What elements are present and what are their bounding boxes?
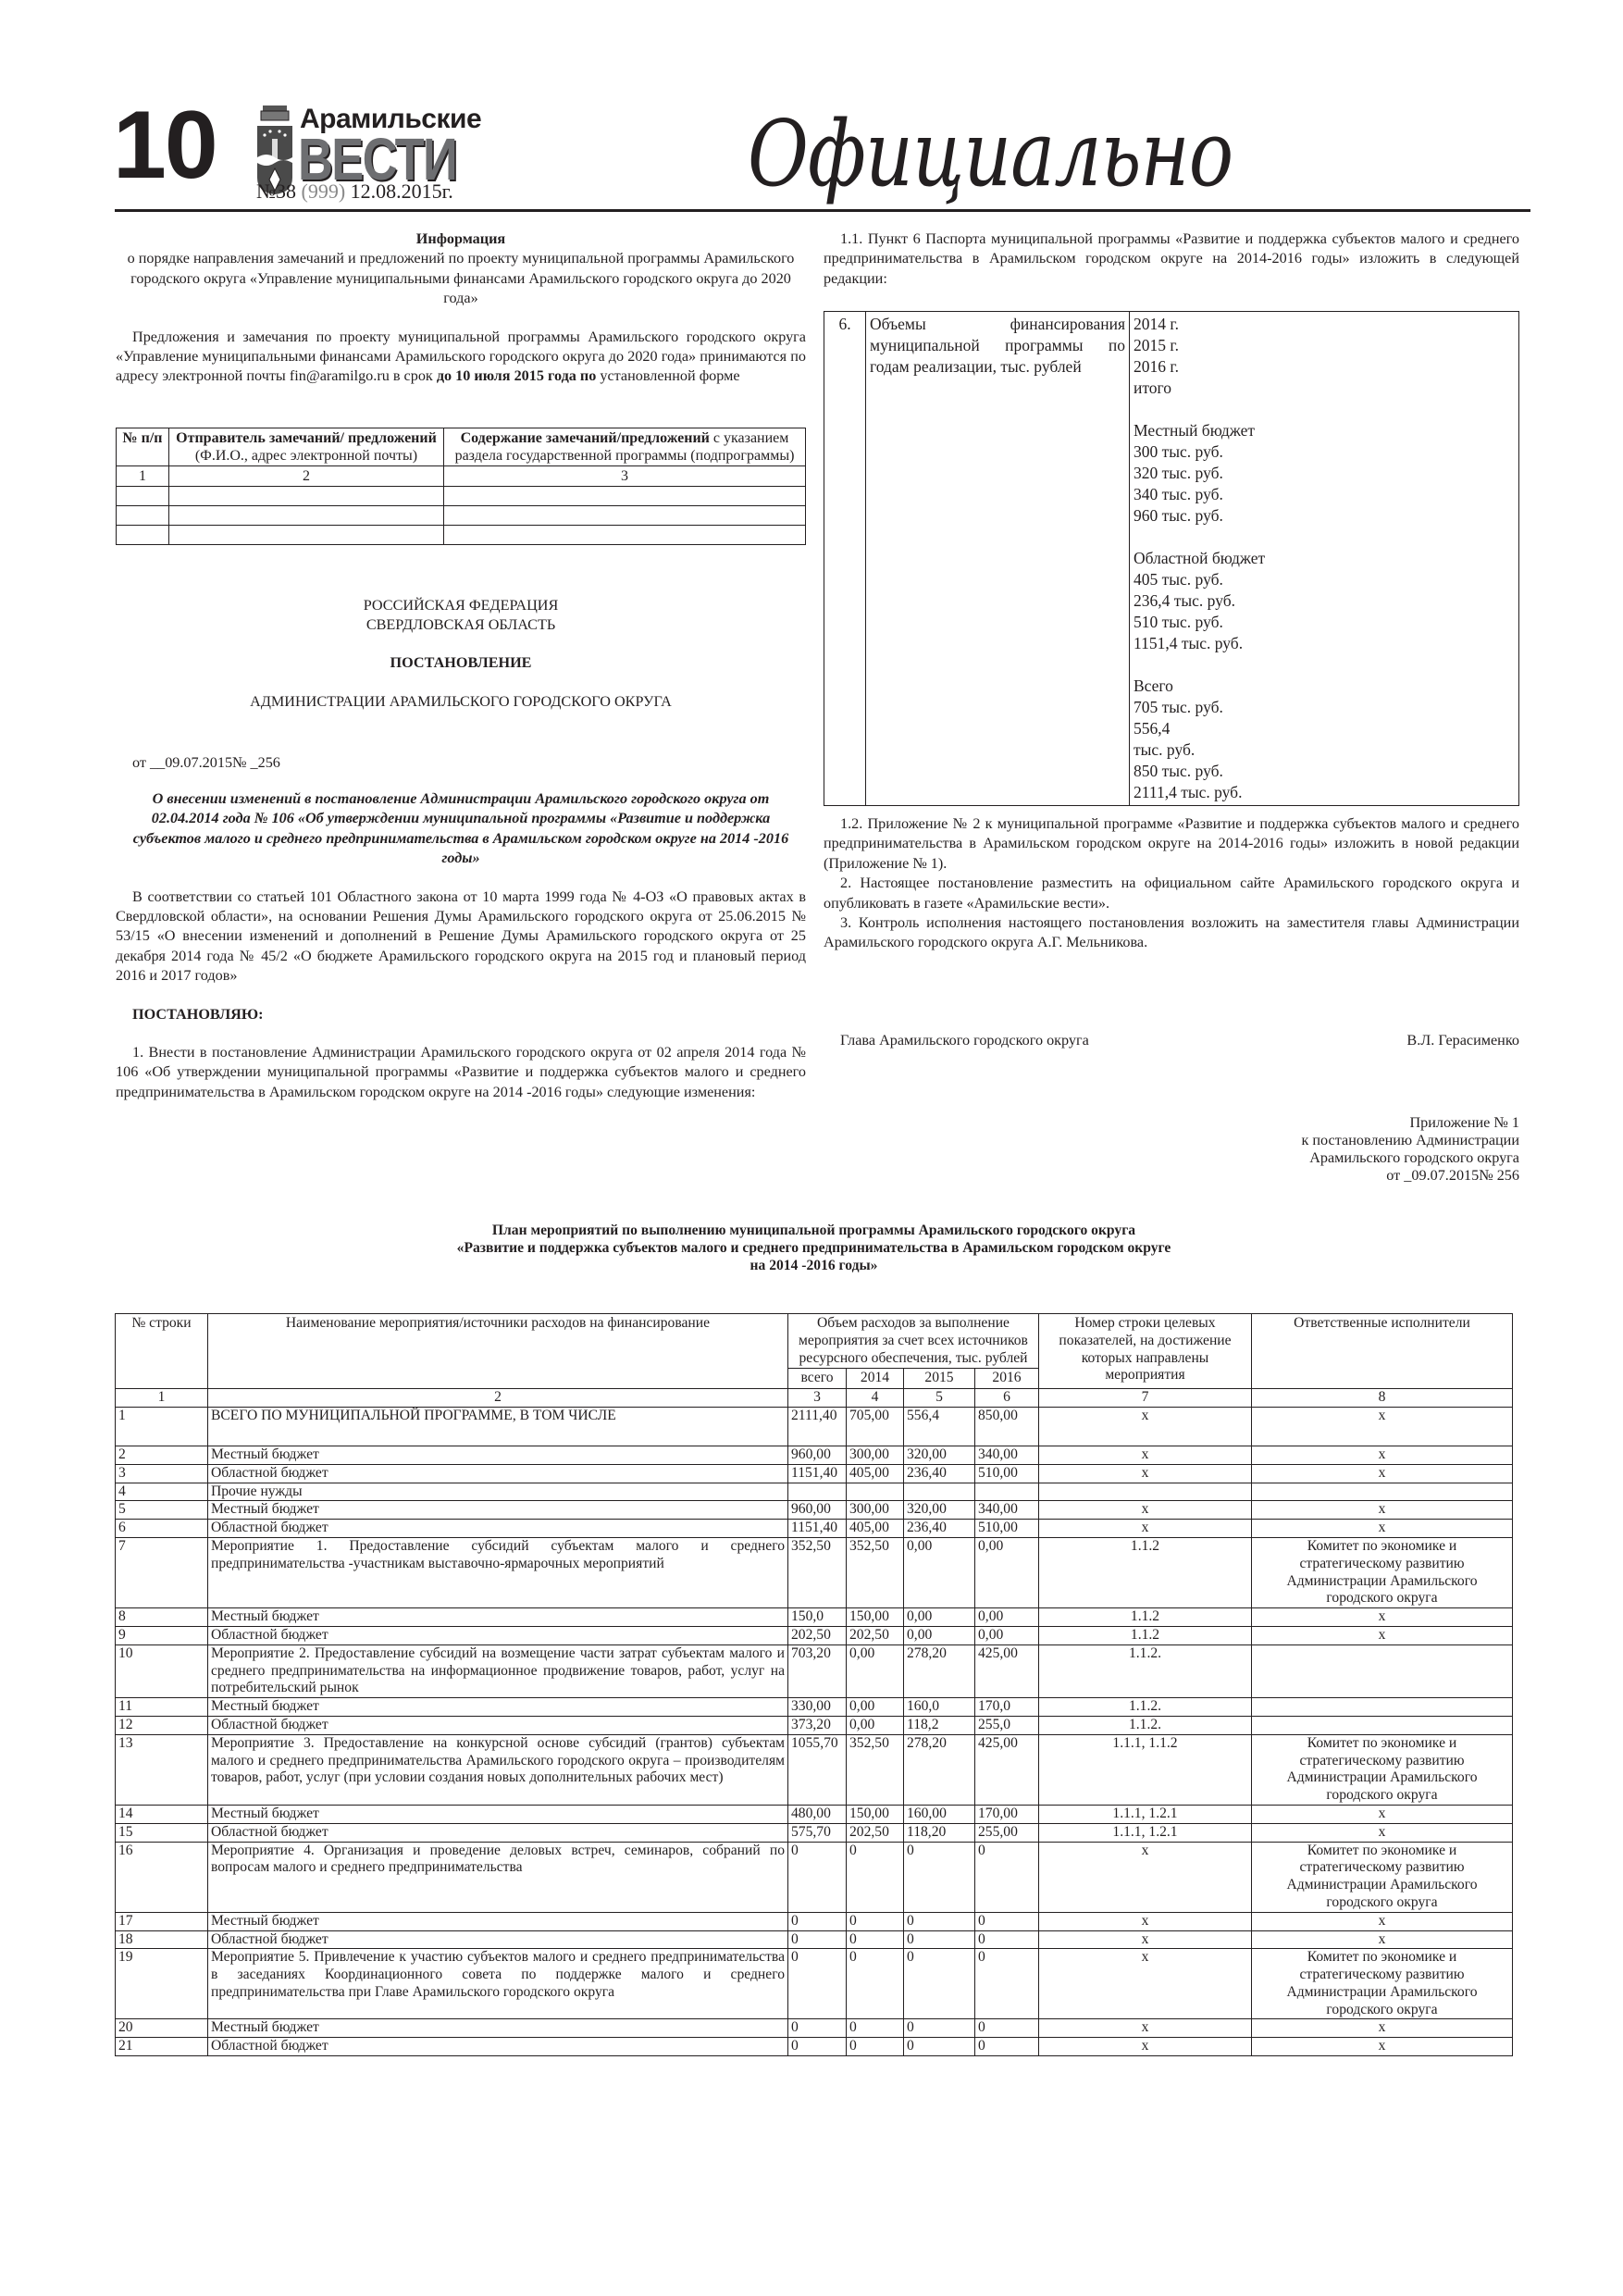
row-2014: 405,00 bbox=[847, 1520, 904, 1538]
table-row: 2Местный бюджет960,00300,00320,00340,00х… bbox=[116, 1446, 1513, 1464]
col-volume: Объем расходов за выполнение мероприятия… bbox=[788, 1314, 1039, 1369]
header-rule bbox=[115, 209, 1530, 212]
row-total: 703,20 bbox=[788, 1644, 847, 1697]
row-number: 21 bbox=[116, 2038, 208, 2056]
table-row: 18Областной бюджет0000хх bbox=[116, 1930, 1513, 1949]
row-number: 9 bbox=[116, 1626, 208, 1644]
row-2014: 150,00 bbox=[847, 1608, 904, 1627]
table-row: 5Местный бюджет960,00300,00320,00340,00х… bbox=[116, 1501, 1513, 1520]
passport-value-line bbox=[1134, 654, 1515, 676]
table-row: 14Местный бюджет480,00150,00160,00170,00… bbox=[116, 1805, 1513, 1823]
row-responsible: Комитет по экономике и стратегическому р… bbox=[1252, 1734, 1513, 1805]
row-2015: 0 bbox=[904, 1930, 975, 1949]
row-2015: 0,00 bbox=[904, 1608, 975, 1627]
row-number: 5 bbox=[116, 1501, 208, 1520]
row-2015 bbox=[904, 1483, 975, 1501]
row-name: Областной бюджет bbox=[208, 1626, 788, 1644]
country: РОССИЙСКАЯ ФЕДЕРАЦИЯ bbox=[116, 596, 806, 615]
row-2015: 0,00 bbox=[904, 1537, 975, 1607]
row-name: Местный бюджет bbox=[208, 1608, 788, 1627]
column-number: 6 bbox=[975, 1389, 1039, 1408]
row-2016: 510,00 bbox=[975, 1464, 1039, 1483]
document-type: ПОСТАНОВЛЕНИЕ bbox=[116, 653, 806, 673]
col-total: всего bbox=[788, 1369, 847, 1389]
row-2015: 320,00 bbox=[904, 1446, 975, 1464]
row-name: Прочие нужды bbox=[208, 1483, 788, 1501]
section-title: Официально bbox=[748, 109, 1233, 200]
region: СВЕРДЛОВСКАЯ ОБЛАСТЬ bbox=[116, 615, 806, 635]
table-row: 1ВСЕГО ПО МУНИЦИПАЛЬНОЙ ПРОГРАММЕ, В ТОМ… bbox=[116, 1407, 1513, 1446]
row-2015: 0 bbox=[904, 2019, 975, 2038]
row-target bbox=[1039, 1483, 1252, 1501]
row-number: 10 bbox=[116, 1644, 208, 1697]
row-name: Местный бюджет bbox=[208, 1698, 788, 1717]
form-numbering-row: 123 bbox=[117, 466, 806, 487]
row-responsible bbox=[1252, 1716, 1513, 1734]
issue-info: №38 (999) 12.08.2015г. bbox=[256, 181, 453, 202]
info-title: Информация bbox=[116, 230, 806, 249]
col-responsible: Ответственные исполнители bbox=[1252, 1314, 1513, 1389]
column-number: 5 bbox=[904, 1389, 975, 1408]
row-2016: 340,00 bbox=[975, 1446, 1039, 1464]
row-2015: 118,2 bbox=[904, 1716, 975, 1734]
table-row: 3Областной бюджет1151,40405,00236,40510,… bbox=[116, 1464, 1513, 1483]
row-target: 1.1.2. bbox=[1039, 1716, 1252, 1734]
passport-value-line: 1151,4 тыс. руб. bbox=[1134, 633, 1515, 654]
passport-value-line: тыс. руб. bbox=[1134, 739, 1515, 761]
passport-value-line: 2015 г. bbox=[1134, 335, 1515, 356]
row-total: 575,70 bbox=[788, 1823, 847, 1842]
decree-item-1: 1. Внести в постановление Администрации … bbox=[116, 1043, 806, 1102]
decree-item-3: 3. Контроль исполнения настоящего постан… bbox=[824, 913, 1519, 953]
plan-title: План мероприятий по выполнению муниципал… bbox=[115, 1222, 1513, 1274]
passport-item-values: 2014 г.2015 г.2016 г.итогоМестный бюджет… bbox=[1130, 312, 1519, 806]
row-responsible: х bbox=[1252, 1464, 1513, 1483]
row-total: 480,00 bbox=[788, 1805, 847, 1823]
row-responsible: х bbox=[1252, 1446, 1513, 1464]
row-target: х bbox=[1039, 1520, 1252, 1538]
row-2014: 150,00 bbox=[847, 1805, 904, 1823]
row-total: 202,50 bbox=[788, 1626, 847, 1644]
row-target: 1.1.1, 1.2.1 bbox=[1039, 1823, 1252, 1842]
table-row: 8Местный бюджет150,0150,000,000,001.1.2х bbox=[116, 1608, 1513, 1627]
row-2015: 160,00 bbox=[904, 1805, 975, 1823]
passport-value-line: 850 тыс. руб. bbox=[1134, 761, 1515, 782]
row-target: х bbox=[1039, 2019, 1252, 2038]
row-number: 7 bbox=[116, 1537, 208, 1607]
table-row: 9Областной бюджет202,50202,500,000,001.1… bbox=[116, 1626, 1513, 1644]
row-number: 15 bbox=[116, 1823, 208, 1842]
row-target: х bbox=[1039, 2038, 1252, 2056]
row-number: 2 bbox=[116, 1446, 208, 1464]
row-total: 1151,40 bbox=[788, 1520, 847, 1538]
row-number: 12 bbox=[116, 1716, 208, 1734]
col-row-number: № строки bbox=[116, 1314, 208, 1389]
row-2016: 255,00 bbox=[975, 1823, 1039, 1842]
table-row: 12Областной бюджет373,200,00118,2255,01.… bbox=[116, 1716, 1513, 1734]
issue-date: 12.08.2015г. bbox=[345, 180, 453, 203]
row-2015: 160,0 bbox=[904, 1698, 975, 1717]
row-number: 11 bbox=[116, 1698, 208, 1717]
table-row: 20Местный бюджет0000хх bbox=[116, 2019, 1513, 2038]
row-2016: 255,0 bbox=[975, 1716, 1039, 1734]
row-name: Мероприятие 3. Предоставление на конкурс… bbox=[208, 1734, 788, 1805]
row-2014: 0,00 bbox=[847, 1644, 904, 1697]
row-total: 150,0 bbox=[788, 1608, 847, 1627]
row-target: х bbox=[1039, 1842, 1252, 1912]
passport-value-line: Местный бюджет bbox=[1134, 420, 1515, 441]
col-2014: 2014 bbox=[847, 1369, 904, 1389]
row-name: Местный бюджет bbox=[208, 1805, 788, 1823]
row-2015: 236,40 bbox=[904, 1520, 975, 1538]
row-responsible: х bbox=[1252, 1823, 1513, 1842]
decree-body-left: О внесении изменений в постановление Адм… bbox=[116, 789, 806, 1102]
form-col-content: Содержание замечаний/предложений с указа… bbox=[444, 428, 806, 466]
row-2016: 0 bbox=[975, 2038, 1039, 2056]
column-numbering-row: 12345678 bbox=[116, 1389, 1513, 1408]
row-responsible: х bbox=[1252, 1501, 1513, 1520]
form-empty-row bbox=[117, 506, 806, 526]
row-target: х bbox=[1039, 1446, 1252, 1464]
row-name: Областной бюджет bbox=[208, 1930, 788, 1949]
row-2016: 0 bbox=[975, 2019, 1039, 2038]
row-name: Местный бюджет bbox=[208, 1912, 788, 1930]
row-responsible: х bbox=[1252, 2038, 1513, 2056]
row-number: 20 bbox=[116, 2019, 208, 2038]
row-responsible: Комитет по экономике и стратегическому р… bbox=[1252, 1842, 1513, 1912]
row-responsible bbox=[1252, 1698, 1513, 1717]
row-number: 6 bbox=[116, 1520, 208, 1538]
row-target: х bbox=[1039, 1949, 1252, 2019]
row-name: Мероприятие 5. Привлечение к участию суб… bbox=[208, 1949, 788, 2019]
passport-value-line bbox=[1134, 527, 1515, 548]
passport-value-line: 340 тыс. руб. bbox=[1134, 484, 1515, 505]
issue-total-number: (999) bbox=[302, 180, 346, 203]
row-2016: 0,00 bbox=[975, 1626, 1039, 1644]
decree-heading: О внесении изменений в постановление Адм… bbox=[116, 789, 806, 869]
column-number: 7 bbox=[1039, 1389, 1252, 1408]
issuer: АДМИНИСТРАЦИИ АРАМИЛЬСКОГО ГОРОДСКОГО ОК… bbox=[116, 692, 806, 712]
table-row: 6Областной бюджет1151,40405,00236,40510,… bbox=[116, 1520, 1513, 1538]
decree-item-2: 2. Настоящее постановление разместить на… bbox=[824, 874, 1519, 913]
row-target: х bbox=[1039, 1501, 1252, 1520]
column-number: 1 bbox=[116, 1389, 208, 1408]
row-target: 1.1.2 bbox=[1039, 1626, 1252, 1644]
row-2016 bbox=[975, 1483, 1039, 1501]
row-2014: 0 bbox=[847, 1949, 904, 2019]
row-name: Областной бюджет bbox=[208, 1464, 788, 1483]
appendix-reference: Приложение № 1 к постановлению Администр… bbox=[1018, 1114, 1519, 1185]
row-2015: 278,20 bbox=[904, 1734, 975, 1805]
row-total: 0 bbox=[788, 1949, 847, 2019]
row-target: х bbox=[1039, 1407, 1252, 1446]
column-number: 8 bbox=[1252, 1389, 1513, 1408]
row-number: 13 bbox=[116, 1734, 208, 1805]
info-subtitle: о порядке направления замечаний и предло… bbox=[116, 249, 806, 308]
row-2014: 0 bbox=[847, 1912, 904, 1930]
table-row: 19Мероприятие 5. Привлечение к участию с… bbox=[116, 1949, 1513, 2019]
col-target: Номер строки целевых показателей, на дос… bbox=[1039, 1314, 1252, 1389]
row-2015: 0 bbox=[904, 1842, 975, 1912]
comments-form-table: № п/п Отправитель замечаний/ предложений… bbox=[116, 428, 806, 545]
row-2014: 705,00 bbox=[847, 1407, 904, 1446]
row-2016: 170,0 bbox=[975, 1698, 1039, 1717]
row-2014: 0 bbox=[847, 2038, 904, 2056]
table-row: 4Прочие нужды bbox=[116, 1483, 1513, 1501]
row-2016: 0 bbox=[975, 1930, 1039, 1949]
signature-line: Глава Арамильского городского округа В.Л… bbox=[840, 1031, 1519, 1050]
row-target: х bbox=[1039, 1464, 1252, 1483]
row-total: 960,00 bbox=[788, 1501, 847, 1520]
form-empty-row bbox=[117, 487, 806, 506]
row-total: 2111,40 bbox=[788, 1407, 847, 1446]
col-2016: 2016 bbox=[975, 1369, 1039, 1389]
row-responsible: х bbox=[1252, 1912, 1513, 1930]
row-responsible: х bbox=[1252, 1520, 1513, 1538]
plan-table: № строки Наименование мероприятия/источн… bbox=[115, 1313, 1513, 2056]
row-2015: 118,20 bbox=[904, 1823, 975, 1842]
row-total: 1055,70 bbox=[788, 1734, 847, 1805]
passport-value-line: 2014 г. bbox=[1134, 314, 1515, 335]
row-2015: 0 bbox=[904, 1912, 975, 1930]
row-name: Мероприятие 1. Предоставление субсидий с… bbox=[208, 1537, 788, 1607]
table-row: 13Мероприятие 3. Предоставление на конку… bbox=[116, 1734, 1513, 1805]
row-responsible: х bbox=[1252, 1608, 1513, 1627]
row-target: 1.1.2 bbox=[1039, 1537, 1252, 1607]
passport-value-line: 510 тыс. руб. bbox=[1134, 612, 1515, 633]
row-2014: 300,00 bbox=[847, 1446, 904, 1464]
info-body: Предложения и замечания по проекту муниц… bbox=[116, 328, 806, 387]
column-number: 2 bbox=[208, 1389, 788, 1408]
row-target: 1.1.2. bbox=[1039, 1698, 1252, 1717]
row-target: 1.1.2. bbox=[1039, 1644, 1252, 1697]
row-2016: 510,00 bbox=[975, 1520, 1039, 1538]
column-number: 4 bbox=[847, 1389, 904, 1408]
row-2014: 0,00 bbox=[847, 1716, 904, 1734]
row-total: 0 bbox=[788, 1930, 847, 1949]
row-2014: 352,50 bbox=[847, 1537, 904, 1607]
passport-value-line: 405 тыс. руб. bbox=[1134, 569, 1515, 590]
row-name: Областной бюджет bbox=[208, 2038, 788, 2056]
form-col-sender: Отправитель замечаний/ предложений (Ф.И.… bbox=[169, 428, 444, 466]
passport-value-line: 300 тыс. руб. bbox=[1134, 441, 1515, 463]
row-total: 0 bbox=[788, 2019, 847, 2038]
row-total: 0 bbox=[788, 1842, 847, 1912]
passport-value-line: 320 тыс. руб. bbox=[1134, 463, 1515, 484]
row-2014: 202,50 bbox=[847, 1626, 904, 1644]
row-name: Мероприятие 2. Предоставление субсидий н… bbox=[208, 1644, 788, 1697]
row-2014 bbox=[847, 1483, 904, 1501]
row-responsible: х bbox=[1252, 2019, 1513, 2038]
row-total: 352,50 bbox=[788, 1537, 847, 1607]
signer-title: Глава Арамильского городского округа bbox=[840, 1032, 1089, 1049]
row-2016: 425,00 bbox=[975, 1734, 1039, 1805]
passport-value-line: 556,4 bbox=[1134, 718, 1515, 739]
row-total: 373,20 bbox=[788, 1716, 847, 1734]
issue-number: №38 bbox=[256, 180, 302, 203]
form-empty-row bbox=[117, 526, 806, 545]
form-col-number: № п/п bbox=[117, 428, 169, 466]
decree-date: от __09.07.2015№ _256 bbox=[132, 753, 688, 773]
row-2016: 0,00 bbox=[975, 1537, 1039, 1607]
row-2015: 0 bbox=[904, 2038, 975, 2056]
passport-value-line: 236,4 тыс. руб. bbox=[1134, 590, 1515, 612]
row-name: Местный бюджет bbox=[208, 2019, 788, 2038]
row-responsible: х bbox=[1252, 1407, 1513, 1446]
table-row: 11Местный бюджет330,000,00160,0170,01.1.… bbox=[116, 1698, 1513, 1717]
table-row: 10Мероприятие 2. Предоставление субсидий… bbox=[116, 1644, 1513, 1697]
row-responsible: х bbox=[1252, 1626, 1513, 1644]
row-2014: 352,50 bbox=[847, 1734, 904, 1805]
row-2015: 556,4 bbox=[904, 1407, 975, 1446]
row-2014: 300,00 bbox=[847, 1501, 904, 1520]
row-target: х bbox=[1039, 1912, 1252, 1930]
table-row: 7Мероприятие 1. Предоставление субсидий … bbox=[116, 1537, 1513, 1607]
row-total: 0 bbox=[788, 2038, 847, 2056]
row-number: 19 bbox=[116, 1949, 208, 2019]
row-2014: 202,50 bbox=[847, 1823, 904, 1842]
row-number: 1 bbox=[116, 1407, 208, 1446]
row-number: 16 bbox=[116, 1842, 208, 1912]
row-2015: 236,40 bbox=[904, 1464, 975, 1483]
page-number: 10 bbox=[113, 97, 217, 193]
row-name: Областной бюджет bbox=[208, 1716, 788, 1734]
row-total bbox=[788, 1483, 847, 1501]
passport-value-line: 2111,4 тыс. руб. bbox=[1134, 782, 1515, 803]
passport-value-line: Областной бюджет bbox=[1134, 548, 1515, 569]
row-name: Местный бюджет bbox=[208, 1446, 788, 1464]
row-2016: 340,00 bbox=[975, 1501, 1039, 1520]
row-target: 1.1.1, 1.2.1 bbox=[1039, 1805, 1252, 1823]
table-row: 15Областной бюджет575,70202,50118,20255,… bbox=[116, 1823, 1513, 1842]
row-responsible: х bbox=[1252, 1930, 1513, 1949]
decree-item-1-1: 1.1. Пункт 6 Паспорта муниципальной прог… bbox=[824, 230, 1519, 289]
table-row: 21Областной бюджет0000хх bbox=[116, 2038, 1513, 2056]
passport-item-label: Объемы финансирования муниципальной прог… bbox=[866, 312, 1130, 806]
row-total: 1151,40 bbox=[788, 1464, 847, 1483]
row-number: 4 bbox=[116, 1483, 208, 1501]
row-name: Областной бюджет bbox=[208, 1520, 788, 1538]
row-name: Местный бюджет bbox=[208, 1501, 788, 1520]
row-name: Мероприятие 4. Организация и проведение … bbox=[208, 1842, 788, 1912]
passport-value-line: 2016 г. bbox=[1134, 356, 1515, 378]
row-number: 17 bbox=[116, 1912, 208, 1930]
row-responsible: Комитет по экономике и стратегическому р… bbox=[1252, 1537, 1513, 1607]
decree-body-right: 1.2. Приложение № 2 к муниципальной прог… bbox=[824, 814, 1519, 953]
column-number: 3 bbox=[788, 1389, 847, 1408]
row-target: 1.1.2 bbox=[1039, 1608, 1252, 1627]
row-2016: 170,00 bbox=[975, 1805, 1039, 1823]
row-number: 18 bbox=[116, 1930, 208, 1949]
row-responsible bbox=[1252, 1644, 1513, 1697]
table-row: 16Мероприятие 4. Организация и проведени… bbox=[116, 1842, 1513, 1912]
row-2014: 0 bbox=[847, 1930, 904, 1949]
col-2015: 2015 bbox=[904, 1369, 975, 1389]
decree-preamble: В соответствии со статьей 101 Областного… bbox=[116, 887, 806, 987]
row-name: ВСЕГО ПО МУНИЦИПАЛЬНОЙ ПРОГРАММЕ, В ТОМ … bbox=[208, 1407, 788, 1446]
row-2014: 405,00 bbox=[847, 1464, 904, 1483]
row-total: 960,00 bbox=[788, 1446, 847, 1464]
decree-item-1-2: 1.2. Приложение № 2 к муниципальной прог… bbox=[824, 814, 1519, 874]
passport-value-line: итого bbox=[1134, 378, 1515, 399]
row-2016: 425,00 bbox=[975, 1644, 1039, 1697]
row-2016: 0,00 bbox=[975, 1608, 1039, 1627]
row-2015: 320,00 bbox=[904, 1501, 975, 1520]
decree-resolve: ПОСТАНОВЛЯЮ: bbox=[116, 1005, 806, 1024]
passport-value-line: 960 тыс. руб. bbox=[1134, 505, 1515, 527]
row-number: 8 bbox=[116, 1608, 208, 1627]
row-2015: 0 bbox=[904, 1949, 975, 2019]
row-target: х bbox=[1039, 1930, 1252, 1949]
row-2014: 0 bbox=[847, 1842, 904, 1912]
row-responsible: Комитет по экономике и стратегическому р… bbox=[1252, 1949, 1513, 2019]
row-2014: 0,00 bbox=[847, 1698, 904, 1717]
row-2015: 0,00 bbox=[904, 1626, 975, 1644]
row-responsible bbox=[1252, 1483, 1513, 1501]
row-total: 330,00 bbox=[788, 1698, 847, 1717]
info-block: Информация о порядке направления замечан… bbox=[116, 230, 806, 387]
row-2016: 0 bbox=[975, 1912, 1039, 1930]
passport-value-line bbox=[1134, 399, 1515, 420]
row-2016: 0 bbox=[975, 1842, 1039, 1912]
passport-value-line: Всего bbox=[1134, 676, 1515, 697]
row-responsible: х bbox=[1252, 1805, 1513, 1823]
row-number: 3 bbox=[116, 1464, 208, 1483]
passport-item-number: 6. bbox=[824, 312, 866, 806]
row-2016: 850,00 bbox=[975, 1407, 1039, 1446]
passport-table: 6. Объемы финансирования муниципальной п… bbox=[824, 311, 1519, 806]
row-number: 14 bbox=[116, 1805, 208, 1823]
row-2016: 0 bbox=[975, 1949, 1039, 2019]
signer-name: В.Л. Герасименко bbox=[1406, 1031, 1519, 1050]
table-row: 17Местный бюджет0000хх bbox=[116, 1912, 1513, 1930]
row-name: Областной бюджет bbox=[208, 1823, 788, 1842]
row-total: 0 bbox=[788, 1912, 847, 1930]
col-name: Наименование мероприятия/источники расхо… bbox=[208, 1314, 788, 1389]
passport-value-line: 705 тыс. руб. bbox=[1134, 697, 1515, 718]
row-2014: 0 bbox=[847, 2019, 904, 2038]
decree-header: РОССИЙСКАЯ ФЕДЕРАЦИЯ СВЕРДЛОВСКАЯ ОБЛАСТ… bbox=[116, 596, 806, 713]
row-2015: 278,20 bbox=[904, 1644, 975, 1697]
row-target: 1.1.1, 1.1.2 bbox=[1039, 1734, 1252, 1805]
